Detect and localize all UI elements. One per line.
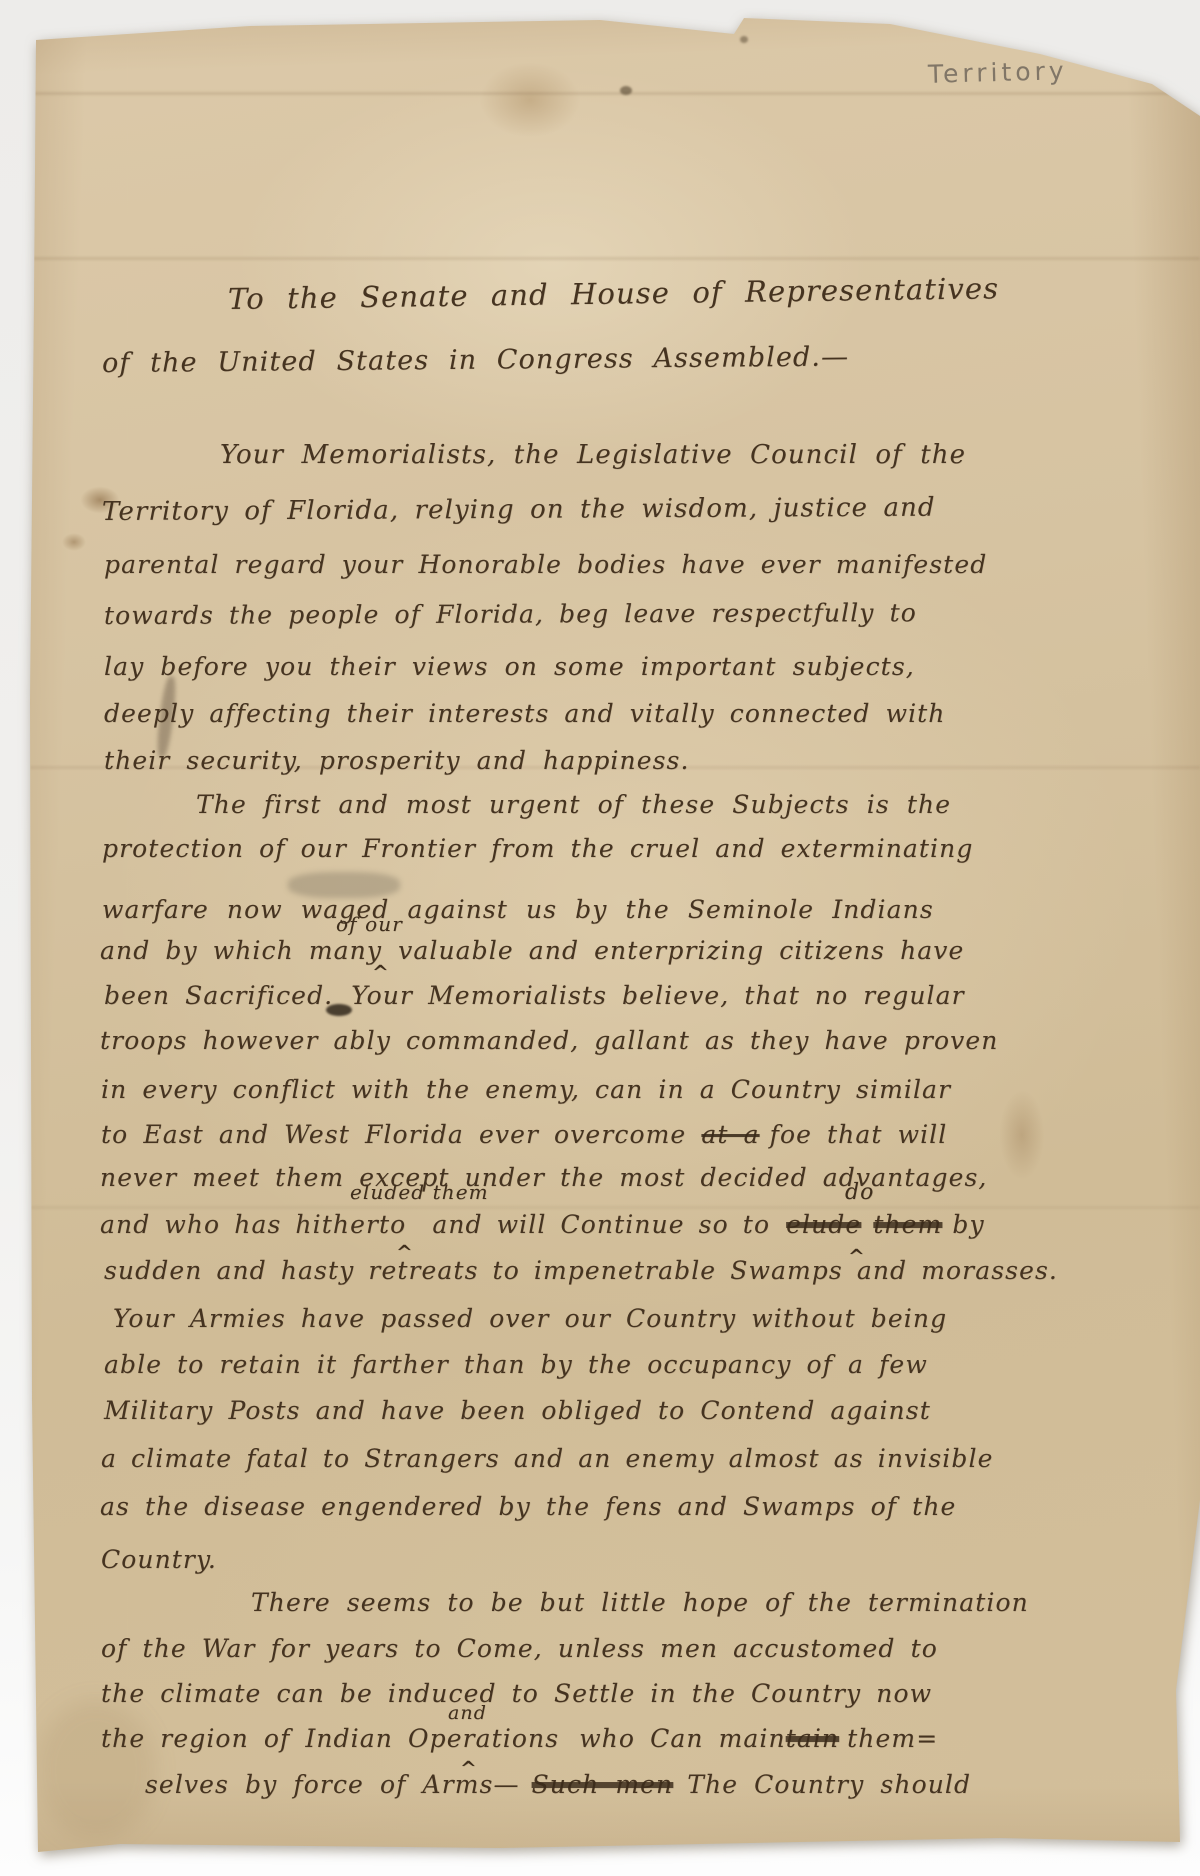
line: the region of Indian Operationswho Can m… [101, 1724, 938, 1753]
line: parental regard your Honorable bodies ha… [104, 550, 987, 579]
line: of the War for years to Come, unless men… [101, 1634, 938, 1663]
fold-crease [30, 1206, 1200, 1209]
line: a climate fatal to Strangers and an enem… [101, 1444, 993, 1473]
insertion-do: do [845, 1180, 875, 1205]
ink-speck [620, 86, 632, 95]
line: deeply affecting their interests and vit… [104, 699, 946, 728]
heading-line-1: To the Senate and House of Representativ… [228, 271, 1000, 316]
line: as the disease engendered by the fens an… [100, 1492, 956, 1521]
line: troops however ably commanded, gallant a… [100, 1026, 998, 1055]
line: selves by force of Arms—Such menThe Coun… [145, 1770, 971, 1799]
ink-speck [740, 36, 748, 43]
line: in every conflict with the enemy, can in… [101, 1075, 951, 1104]
insertion-eluded-them: eluded them [350, 1180, 489, 1204]
line: The first and most urgent of these Subje… [196, 790, 951, 819]
heading-line-2: of the United States in Congress Assembl… [102, 341, 849, 379]
line: Territory of Florida, relying on the wis… [102, 493, 936, 527]
line: warfare now waged against us by the Semi… [102, 895, 934, 924]
line: the climate can be induced to Settle in … [101, 1679, 932, 1708]
corner-shading [36, 1700, 156, 1840]
line: to East and West Florida ever overcome a… [101, 1120, 947, 1149]
fold-crease [30, 257, 1200, 260]
paper: Territory To the Senate and House of Rep… [0, 0, 1200, 1876]
line: towards the people of Florida, beg leave… [104, 598, 917, 630]
line: and who has hithertoand will Continue so… [100, 1210, 985, 1239]
insertion-and: and [448, 1702, 487, 1724]
insertion-of-our: of our [336, 912, 403, 936]
line: sudden and hasty retreats to impenetrabl… [104, 1256, 1058, 1285]
line: been Sacrificed.Your Memorialists believ… [104, 981, 965, 1010]
line: There seems to be but little hope of the… [251, 1588, 1029, 1617]
line: lay before you their views on some impor… [104, 652, 915, 681]
line: Military Posts and have been obliged to … [104, 1396, 931, 1425]
line: Country. [101, 1545, 217, 1574]
line: protection of our Frontier from the crue… [102, 834, 973, 863]
line: Your Armies have passed over our Country… [113, 1304, 947, 1333]
fold-crease [30, 92, 1200, 95]
scanned-page: Territory To the Senate and House of Rep… [0, 0, 1200, 1876]
line: and by which manyvaluable and enterprizi… [100, 936, 964, 965]
pencil-annotation: Territory [928, 56, 1068, 89]
line: their security, prosperity and happiness… [104, 746, 690, 775]
line: able to retain it farther than by the oc… [104, 1350, 928, 1379]
line: Your Memorialists, the Legislative Counc… [220, 440, 966, 470]
